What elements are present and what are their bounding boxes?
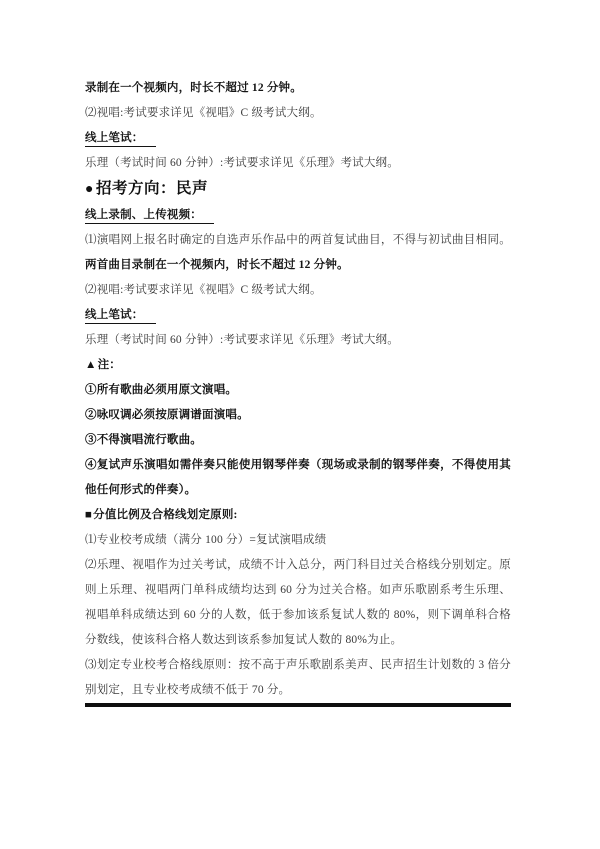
paragraph-qualification-line: ⑶划定专业校考合格线原则：按不高于声乐歌剧系美声、民声招生计划数的 3 倍分别划… — [85, 653, 511, 703]
heading-score-ratio-principles: ■分值比例及合格线划定原则: — [85, 503, 511, 528]
paragraph-normal-part: ⑴演唱网上报名时确定的自选声乐作品中的两首复试曲目，不得与初试曲目相同。 — [85, 234, 511, 246]
section-heading-text: 招考方向：民声 — [96, 180, 208, 197]
note-item-2: ②咏叹调必须按原调谱面演唱。 — [85, 403, 511, 428]
note-item-3: ③不得演唱流行歌曲。 — [85, 428, 511, 453]
note-item-1: ①所有歌曲必须用原文演唱。 — [85, 378, 511, 403]
bullet-icon: ● — [85, 182, 94, 197]
section-heading-admission-direction: ●招考方向：民声 — [85, 176, 511, 203]
section-divider — [85, 703, 511, 707]
paragraph-music-theory: 乐理（考试时间 60 分钟）:考试要求详见《乐理》考试大纲。 — [85, 328, 511, 353]
paragraph-continuation-bold: 录制在一个视频内，时长不超过 12 分钟。 — [85, 76, 511, 101]
underlined-heading-text: 线上录制、上传视频： — [85, 208, 214, 224]
paragraph-sightsinging-requirement: ⑵视唱:考试要求详见《视唱》C 级考试大纲。 — [85, 278, 511, 303]
paragraph-music-theory: 乐理（考试时间 60 分钟）:考试要求详见《乐理》考试大纲。 — [85, 151, 511, 176]
paragraph-repertoire-rule: ⑴演唱网上报名时确定的自选声乐作品中的两首复试曲目，不得与初试曲目相同。两首曲目… — [85, 228, 511, 278]
document-page: 录制在一个视频内，时长不超过 12 分钟。 ⑵视唱:考试要求详见《视唱》C 级考… — [0, 0, 600, 849]
underlined-heading-text: 线上笔试： — [85, 308, 156, 324]
underlined-heading-text: 线上笔试： — [85, 131, 156, 147]
document-content: 录制在一个视频内，时长不超过 12 分钟。 ⑵视唱:考试要求详见《视唱》C 级考… — [85, 76, 511, 707]
heading-online-written-test: 线上笔试： — [85, 303, 511, 328]
paragraph-sightsinging-requirement: ⑵视唱:考试要求详见《视唱》C 级考试大纲。 — [85, 101, 511, 126]
paragraph-bold-part: 两首曲目录制在一个视频内，时长不超过 12 分钟。 — [85, 259, 349, 271]
paragraph-pass-line-rules: ⑵乐理、视唱作为过关考试，成绩不计入总分，两门科目过关合格线分别划定。原则上乐理… — [85, 553, 511, 653]
paragraph-score-formula: ⑴专业校考成绩（满分 100 分）=复试演唱成绩 — [85, 528, 511, 553]
heading-online-written-test: 线上笔试： — [85, 126, 511, 151]
note-item-4: ④复试声乐演唱如需伴奏只能使用钢琴伴奏（现场或录制的钢琴伴奏，不得使用其他任何形… — [85, 453, 511, 503]
score-heading-text: 分值比例及合格线划定原则: — [93, 509, 237, 521]
notes-heading-text: 注： — [98, 359, 121, 371]
heading-notes: ▲注： — [85, 353, 511, 378]
square-marker-icon: ■ — [85, 509, 92, 521]
triangle-marker-icon: ▲ — [85, 359, 97, 371]
heading-online-recording-upload: 线上录制、上传视频： — [85, 203, 511, 228]
